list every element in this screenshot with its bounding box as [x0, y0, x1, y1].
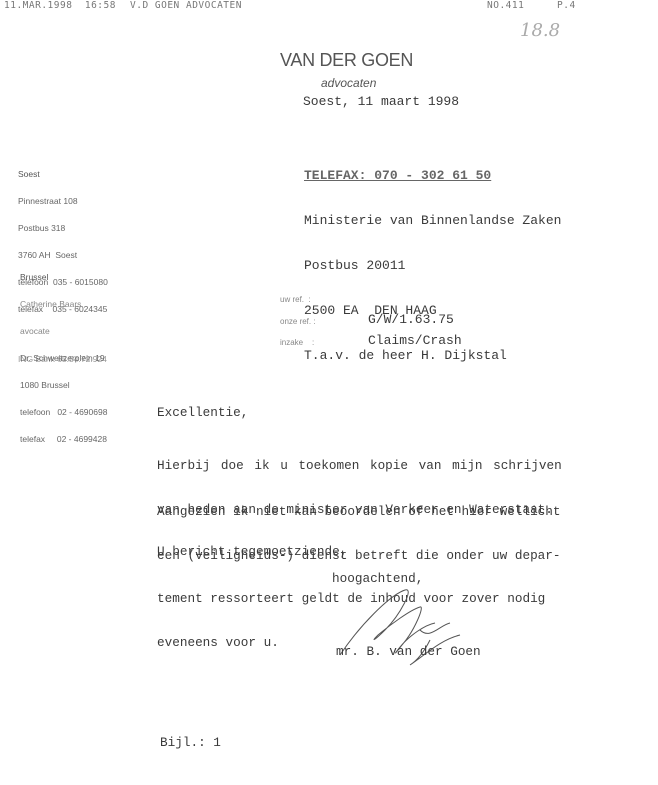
recipient-line: T.a.v. de heer H. Dijkstal — [304, 348, 561, 363]
office-line: telefax 02 - 4699428 — [20, 435, 107, 444]
ref-value-subject: Claims/Crash — [368, 333, 462, 348]
office-line: Dr. Schweitzerplein 19 — [20, 354, 107, 363]
ref-value-ours: G/W/1.63.75 — [368, 312, 454, 327]
office-brussel: Brussel Catherine Baars avocate Dr. Schw… — [20, 255, 107, 453]
signatory: mr. B. van der Goen — [336, 645, 481, 660]
salutation: Excellentie, — [157, 406, 248, 421]
recipient-line: Ministerie van Binnenlandse Zaken — [304, 213, 561, 228]
fax-page: P.4 — [557, 0, 576, 11]
ref-label-ours: onze ref. : — [280, 317, 316, 326]
fax-number: NO.411 — [487, 0, 524, 11]
ref-label-yours: uw ref. : — [280, 295, 311, 304]
office-line: telefoon 02 - 4690698 — [20, 408, 107, 417]
telefax-number: TELEFAX: 070 - 302 61 50 — [304, 168, 561, 183]
handwritten-note: 18.8 — [520, 20, 560, 41]
office-line: 1080 Brussel — [20, 381, 107, 390]
closing-line: U bericht tegemoetziende, — [157, 545, 347, 560]
body-line: Aangezien ik niet kan beoordelen of het … — [157, 505, 561, 520]
fax-sender: V.D GOEN ADVOCATEN — [130, 0, 242, 11]
office-line: Pinnestraat 108 — [18, 197, 108, 206]
place-date: Soest, 11 maart 1998 — [303, 94, 459, 109]
firm-subtitle: advocaten — [321, 76, 376, 90]
body-line: Hierbij doe ik u toekomen kopie van mijn… — [157, 459, 562, 474]
fax-datetime: 11.MAR.1998 16:58 — [4, 0, 116, 11]
office-line: Catherine Baars — [20, 300, 107, 309]
ref-label-subject: inzake : — [280, 338, 314, 347]
signature — [330, 585, 480, 675]
firm-name: VAN DER GOEN — [280, 50, 413, 71]
office-line: Soest — [18, 170, 108, 179]
enclosure: Bijl.: 1 — [160, 736, 221, 751]
office-line: Postbus 318 — [18, 224, 108, 233]
office-line: avocate — [20, 327, 107, 336]
recipient-line: Postbus 20011 — [304, 258, 561, 273]
office-line: Brussel — [20, 273, 107, 282]
